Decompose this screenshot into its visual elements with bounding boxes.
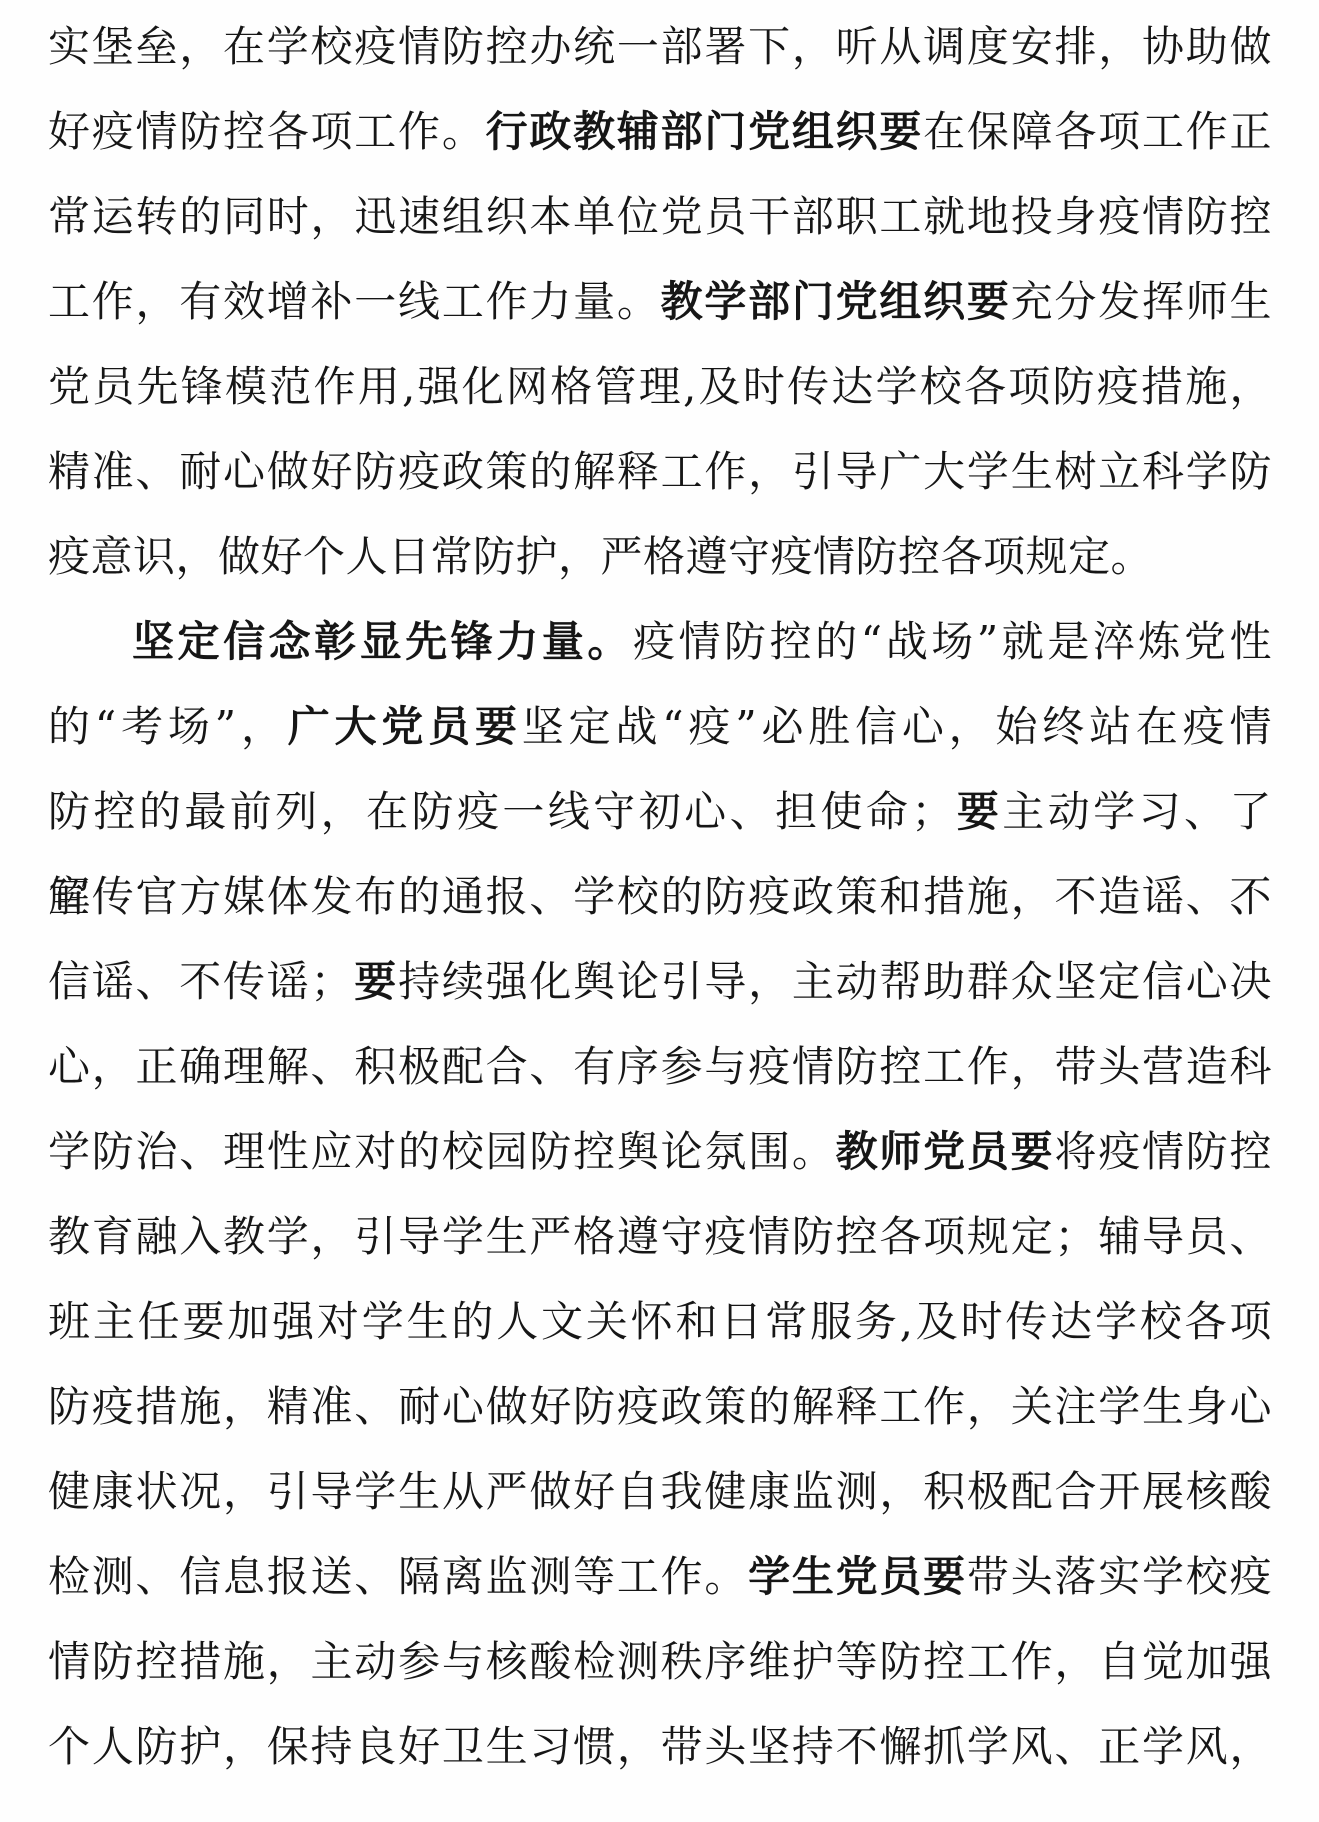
text-line-paragraph-end: 疫意识，做好个人日常防护，严格遵守疫情防控各项规定。	[48, 514, 1272, 599]
text-line: 宣传官方媒体发布的通报、学校的防疫政策和措施，不造谣、不	[48, 854, 1272, 939]
text-line-paragraph-start: 坚定信念彰显先锋力量。疫情防控的“战场”就是淬炼党性	[48, 599, 1272, 684]
text-segment: 充分发挥师生	[1011, 277, 1272, 326]
text-segment: 好疫情防控各项工作。	[48, 107, 486, 156]
text-line: 信谣、不传谣；要持续强化舆论引导，主动帮助群众坚定信心决	[48, 939, 1272, 1024]
text-line: 的“考场”，广大党员要坚定战“疫”必胜信心，始终站在疫情	[48, 684, 1272, 769]
text-segment: 坚定战“疫”必胜信心，始终站在疫情	[522, 702, 1272, 751]
text-segment: 疫情防控的“战场”就是淬炼党性	[633, 617, 1272, 666]
text-segment: 信谣、不传谣；	[48, 957, 353, 1006]
text-segment: 的“考场”，	[48, 702, 288, 751]
text-segment: 常运转的同时，迅速组织本单位党员干部职工就地投身疫情防控	[48, 192, 1272, 241]
text-segment: 宣传官方媒体发布的通报、学校的防疫政策和措施，不造谣、不	[48, 872, 1272, 921]
document-text-block: 实堡垒，在学校疫情防控办统一部署下，听从调度安排，协助做 好疫情防控各项工作。行…	[48, 4, 1272, 1789]
bold-text-segment: 坚定信念彰显先锋力量。	[132, 617, 633, 666]
bold-text-segment: 学生党员要	[748, 1552, 967, 1601]
text-line: 情防控措施，主动参与核酸检测秩序维护等防控工作，自觉加强	[48, 1619, 1272, 1704]
text-segment: 学防治、理性应对的校园防控舆论氛围。	[48, 1127, 836, 1176]
text-line: 实堡垒，在学校疫情防控办统一部署下，听从调度安排，协助做	[48, 4, 1272, 89]
text-segment: 教育融入教学，引导学生严格遵守疫情防控各项规定；辅导员、	[48, 1212, 1272, 1261]
text-segment: 持续强化舆论引导，主动帮助群众坚定信心决	[398, 957, 1272, 1006]
text-segment: 带头落实学校疫	[967, 1552, 1272, 1601]
text-line: 好疫情防控各项工作。行政教辅部门党组织要在保障各项工作正	[48, 89, 1272, 174]
text-line: 党员先锋模范作用,强化网格管理,及时传达学校各项防疫措施，	[48, 344, 1272, 429]
text-line: 班主任要加强对学生的人文关怀和日常服务,及时传达学校各项	[48, 1279, 1272, 1364]
text-segment: 精准、耐心做好防疫政策的解释工作，引导广大学生树立科学防	[48, 447, 1272, 496]
text-segment: 心，正确理解、积极配合、有序参与疫情防控工作，带头营造科	[48, 1042, 1272, 1091]
text-line: 防疫措施，精准、耐心做好防疫政策的解释工作，关注学生身心	[48, 1364, 1272, 1449]
bold-text-segment: 教学部门党组织要	[661, 277, 1011, 326]
text-line: 健康状况，引导学生从严做好自我健康监测，积极配合开展核酸	[48, 1449, 1272, 1534]
text-line: 心，正确理解、积极配合、有序参与疫情防控工作，带头营造科	[48, 1024, 1272, 1109]
bold-text-segment: 要	[954, 787, 1002, 836]
text-segment: 检测、信息报送、隔离监测等工作。	[48, 1552, 748, 1601]
text-segment: 防疫措施，精准、耐心做好防疫政策的解释工作，关注学生身心	[48, 1382, 1272, 1431]
text-segment: 疫意识，做好个人日常防护，严格遵守疫情防控各项规定。	[48, 532, 1153, 581]
text-segment: 情防控措施，主动参与核酸检测秩序维护等防控工作，自觉加强	[48, 1637, 1272, 1686]
bold-text-segment: 要	[353, 957, 398, 1006]
text-segment: 健康状况，引导学生从严做好自我健康监测，积极配合开展核酸	[48, 1467, 1272, 1516]
text-line: 个人防护，保持良好卫生习惯，带头坚持不懈抓学风、正学风，	[48, 1704, 1272, 1789]
text-line: 教育融入教学，引导学生严格遵守疫情防控各项规定；辅导员、	[48, 1194, 1272, 1279]
document-page: 实堡垒，在学校疫情防控办统一部署下，听从调度安排，协助做 好疫情防控各项工作。行…	[0, 0, 1319, 1822]
text-line: 常运转的同时，迅速组织本单位党员干部职工就地投身疫情防控	[48, 174, 1272, 259]
text-segment: 工作，有效增补一线工作力量。	[48, 277, 661, 326]
text-segment: 在保障各项工作正	[923, 107, 1272, 156]
text-line: 检测、信息报送、隔离监测等工作。学生党员要带头落实学校疫	[48, 1534, 1272, 1619]
bold-text-segment: 行政教辅部门党组织要	[486, 107, 924, 156]
text-line: 学防治、理性应对的校园防控舆论氛围。教师党员要将疫情防控	[48, 1109, 1272, 1194]
text-segment: 个人防护，保持良好卫生习惯，带头坚持不懈抓学风、正学风，	[48, 1722, 1272, 1771]
text-segment: 党员先锋模范作用,强化网格管理,及时传达学校各项防疫措施，	[48, 362, 1272, 411]
text-segment: 实堡垒，在学校疫情防控办统一部署下，听从调度安排，协助做	[48, 22, 1272, 71]
text-segment: 班主任要加强对学生的人文关怀和日常服务,及时传达学校各项	[48, 1297, 1272, 1346]
bold-text-segment: 广大党员要	[288, 702, 522, 751]
text-segment: 防控的最前列，在防疫一线守初心、担使命；	[48, 787, 954, 836]
text-line: 防控的最前列，在防疫一线守初心、担使命；要主动学习、了解、	[48, 769, 1272, 854]
bold-text-segment: 教师党员要	[836, 1127, 1055, 1176]
text-line: 工作，有效增补一线工作力量。教学部门党组织要充分发挥师生	[48, 259, 1272, 344]
text-segment: 将疫情防控	[1054, 1127, 1272, 1176]
text-line: 精准、耐心做好防疫政策的解释工作，引导广大学生树立科学防	[48, 429, 1272, 514]
